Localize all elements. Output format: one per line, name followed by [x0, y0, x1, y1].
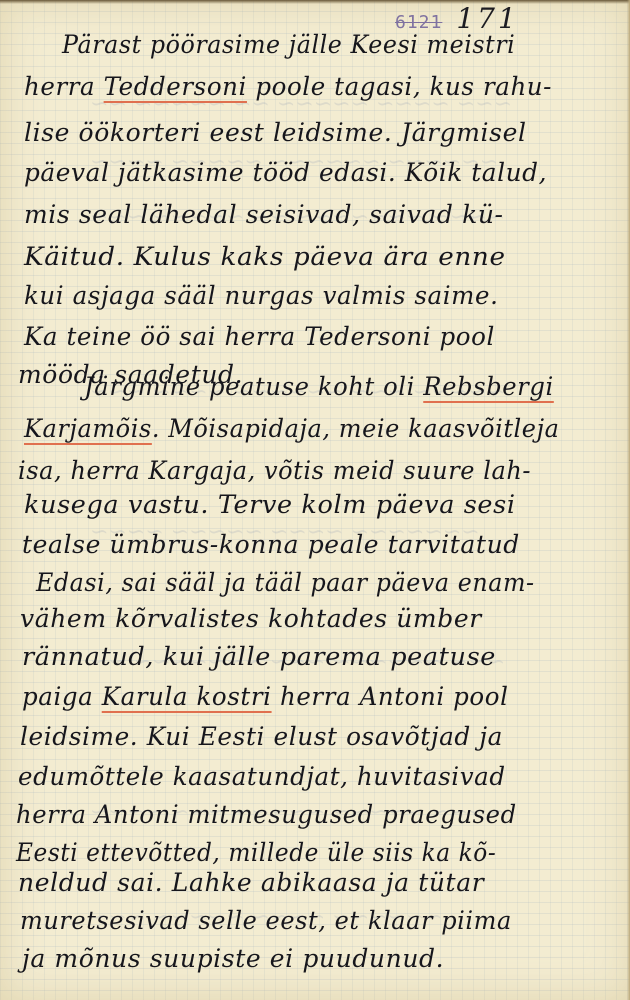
- text-line: Järgmine peatuse koht oli Rebsbergi: [84, 372, 554, 401]
- text-line: Eesti ettevõtted, millede üle siis ka kõ…: [16, 838, 496, 867]
- text-line: kui asjaga sääl nurgas valmis saime.: [24, 281, 498, 310]
- red-underline-name: Teddersoni: [104, 72, 247, 101]
- text-line: leidsime. Kui Eesti elust osavõtjad ja: [20, 722, 503, 751]
- text-line: isa, herra Kargaja, võtis meid suure lah…: [18, 456, 531, 485]
- text-line: Pärast pöörasime jälle Keesi meistri: [62, 30, 515, 59]
- text-line: paiga Karula kostri herra Antoni pool: [22, 682, 509, 711]
- text-line: päeval jätkasime tööd edasi. Kõik talud,: [24, 158, 547, 187]
- paper-top-edge: [0, 0, 630, 4]
- text-line: Käitud. Kulus kaks päeva ära enne: [24, 242, 506, 271]
- manuscript-page: ~~~ ~~~~ ~~~~~ ~~ ~~~~~ ~~ ~~~~~~ ~~~~~~…: [0, 0, 630, 1000]
- text-line: Edasi, sai sääl ja tääl paar päeva enam-: [36, 568, 535, 597]
- text-line: muretsesivad selle eest, et klaar piima: [20, 906, 512, 935]
- text-line: Ka teine öö sai herra Tedersoni pool: [24, 322, 495, 351]
- text-line: herra Antoni mitmesugused praegused: [16, 800, 517, 829]
- text-line: ja mõnus suupiste ei puudunud.: [22, 944, 444, 973]
- text-line: rännatud, kui jälle parema peatuse: [22, 642, 496, 671]
- text-line: herra Teddersoni poole tagasi, kus rahu-: [24, 72, 552, 101]
- red-underline-name: Karjamõis: [24, 414, 152, 443]
- text-line: Karjamõis. Mõisapidaja, meie kaasvõitlej…: [24, 414, 559, 443]
- text-line: kusega vastu. Terve kolm päeva sesi: [24, 490, 516, 519]
- text-line: tealse ümbrus-konna peale tarvitatud: [22, 530, 520, 559]
- text-line: lise öökorteri eest leidsime. Järgmisel: [24, 118, 527, 147]
- text-line: edumõttele kaasatundjat, huvitasivad: [18, 762, 506, 791]
- text-line: neldud sai. Lahke abikaasa ja tütar: [18, 868, 484, 897]
- red-underline-name: Karula kostri: [102, 682, 272, 711]
- text-line: vähem kõrvalistes kohtades ümber: [20, 604, 482, 633]
- red-underline-name: Rebsbergi: [423, 372, 554, 401]
- text-line: mis seal lähedal seisivad, saivad kü-: [24, 200, 504, 229]
